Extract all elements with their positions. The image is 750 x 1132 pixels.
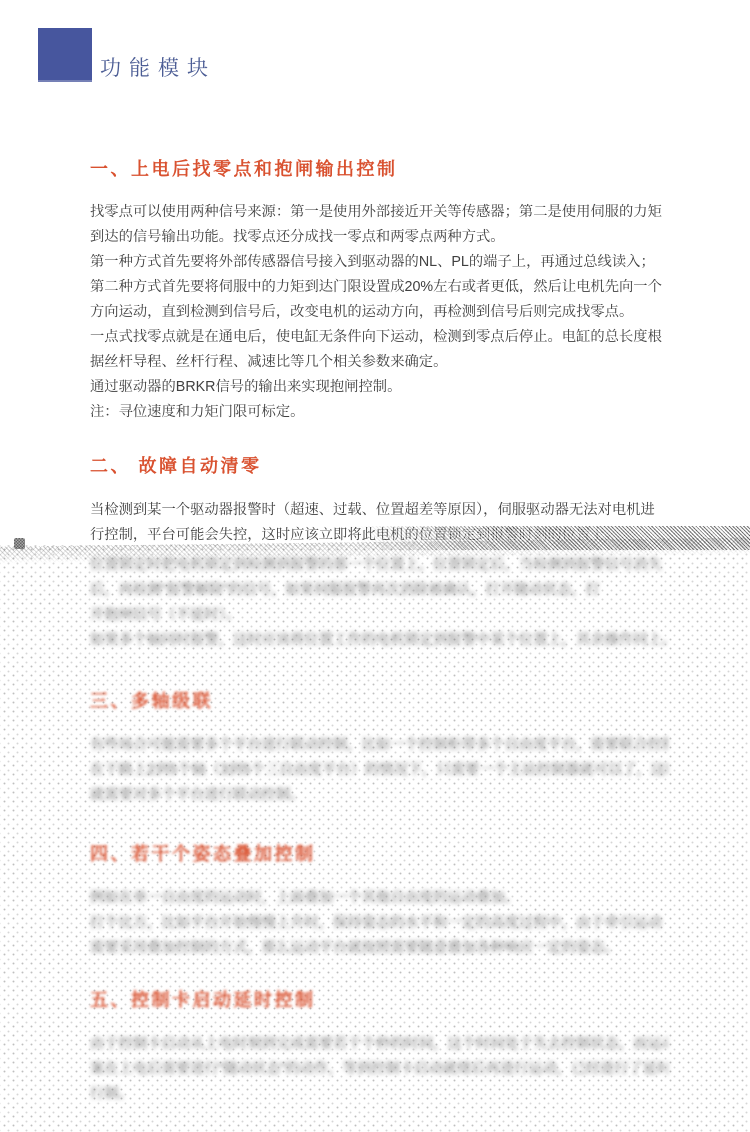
section-5-blurred-paragraph: 由于控制卡启动从上电时刻到完成需要若干个秒的时间，这个时间处于失去控制状态，而运… bbox=[90, 1032, 668, 1107]
paragraph-line: 当检测到某一个驱动器报警时（超速、过载、位置超差等原因），伺服驱动器无法对电机进 bbox=[90, 498, 668, 523]
blurred-paragraph-line: 需要采用叠加控制的方式，那么运动平台就按照需要随意叠加各种响应一定的姿态。 bbox=[90, 936, 668, 961]
ink-smudge bbox=[14, 538, 25, 549]
section-3-blurred-paragraph: 有些场合可能需要多个平台进行联动控制，比如一个控制柜带多个自由度平台，需要联合控… bbox=[90, 733, 668, 808]
paragraph-line: 注：寻位速度和力矩门限可标定。 bbox=[90, 400, 668, 425]
blurred-paragraph-line: 由于控制卡启动从上电时刻到完成需要若干个秒的时间，这个时间处于失去控制状态，而运… bbox=[90, 1032, 668, 1057]
paragraph-line: 第一种方式首先要将外部传感器信号接入到驱动器的NL、PL的端子上，再通过总线读入… bbox=[90, 250, 668, 275]
blurred-paragraph-line: 打个比方，比如平台开始慢慢上升时，保持姿态的水平和一定的高度过程中，由于牵引运动 bbox=[90, 911, 668, 936]
section-1-heading: 一、上电后找零点和抱闸输出控制 bbox=[90, 155, 398, 181]
paragraph-line: 一点式找零点就是在通电后，使电缸无条件向下运动，检测到零点后停止。电缸的总长度根 bbox=[90, 325, 668, 350]
blurred-paragraph-line: 案在上电后需要进行“随动状态”的动作，等到控制卡启动就绪后再进行运动，已经进行了… bbox=[90, 1057, 668, 1082]
paragraph-line: 据丝杆导程、丝杆行程、减速比等几个相关参数来确定。 bbox=[90, 350, 668, 375]
section-3-heading: 三、多轴级联 bbox=[90, 687, 213, 713]
page-title: 功能模块 bbox=[100, 52, 216, 82]
blurred-paragraph-line: 如果多个轴同时报警，这时应该将位置工作的电机锁定到报警中某个位置上，其余操作同上… bbox=[90, 628, 668, 653]
title-accent-square bbox=[38, 28, 92, 82]
blurred-paragraph-line: 在干路上2到5个轴（3到5个三自由度平台）的情况下，只需要一个主站控制器就可以了… bbox=[90, 758, 668, 783]
paragraph-line: 方向运动，直到检测到信号后，改变电机的运动方向，再检测到信号后则完成找零点。 bbox=[90, 300, 668, 325]
section-1-paragraph: 找零点可以使用两种信号来源：第一是使用外部接近开关等传感器；第二是使用伺服的力矩… bbox=[90, 200, 668, 425]
blurred-paragraph-line: 后，再检测“报警解除”的信号，如果伺服报警再次消除被确认，打开随动状态，打 bbox=[90, 578, 668, 603]
paragraph-line: 找零点可以使用两种信号来源：第一是使用外部接近开关等传感器；第二是使用伺服的力矩 bbox=[90, 200, 668, 225]
blurred-paragraph-line: 有些场合可能需要多个平台进行联动控制，比如一个控制柜带多个自由度平台，需要联合控… bbox=[90, 733, 668, 758]
blurred-paragraph-line: 行制。 bbox=[90, 1082, 668, 1107]
section-4-heading: 四、若干个姿态叠加控制 bbox=[90, 840, 316, 866]
section-2-blurred-paragraph: 位置锁定时把电机锁定到检测到报警的那一个位置上，位置锁定后，当检测到报警信号消失… bbox=[90, 553, 668, 653]
dot-pattern-overlay: 位置锁定时把电机锁定到检测到报警的那一个位置上，位置锁定后，当检测到报警信号消失… bbox=[0, 545, 750, 1132]
section-2-heading: 二、 故障自动清零 bbox=[90, 452, 262, 478]
section-4-blurred-paragraph: 例如在单一自由度的运动时，上面叠加一个其他自由度的运动叠加。 打个比方，比如平台… bbox=[90, 886, 668, 961]
section-5-heading: 五、控制卡启动延时控制 bbox=[90, 986, 316, 1012]
paragraph-line: 到达的信号输出功能。找零点还分成找一零点和两零点两种方式。 bbox=[90, 225, 668, 250]
blurred-paragraph-line: 就需要对多个平台进行联动控制。 bbox=[90, 783, 668, 808]
blurred-paragraph-line: 例如在单一自由度的运动时，上面叠加一个其他自由度的运动叠加。 bbox=[90, 886, 668, 911]
paragraph-line: 通过驱动器的BRKR信号的输出来实现抱闸控制。 bbox=[90, 375, 668, 400]
blurred-paragraph-line: 开抱闸信号（不延时）。 bbox=[90, 603, 668, 628]
paragraph-line: 第二种方式首先要将伺服中的力矩到达门限设置成20%左右或者更低，然后让电机先向一… bbox=[90, 275, 668, 300]
